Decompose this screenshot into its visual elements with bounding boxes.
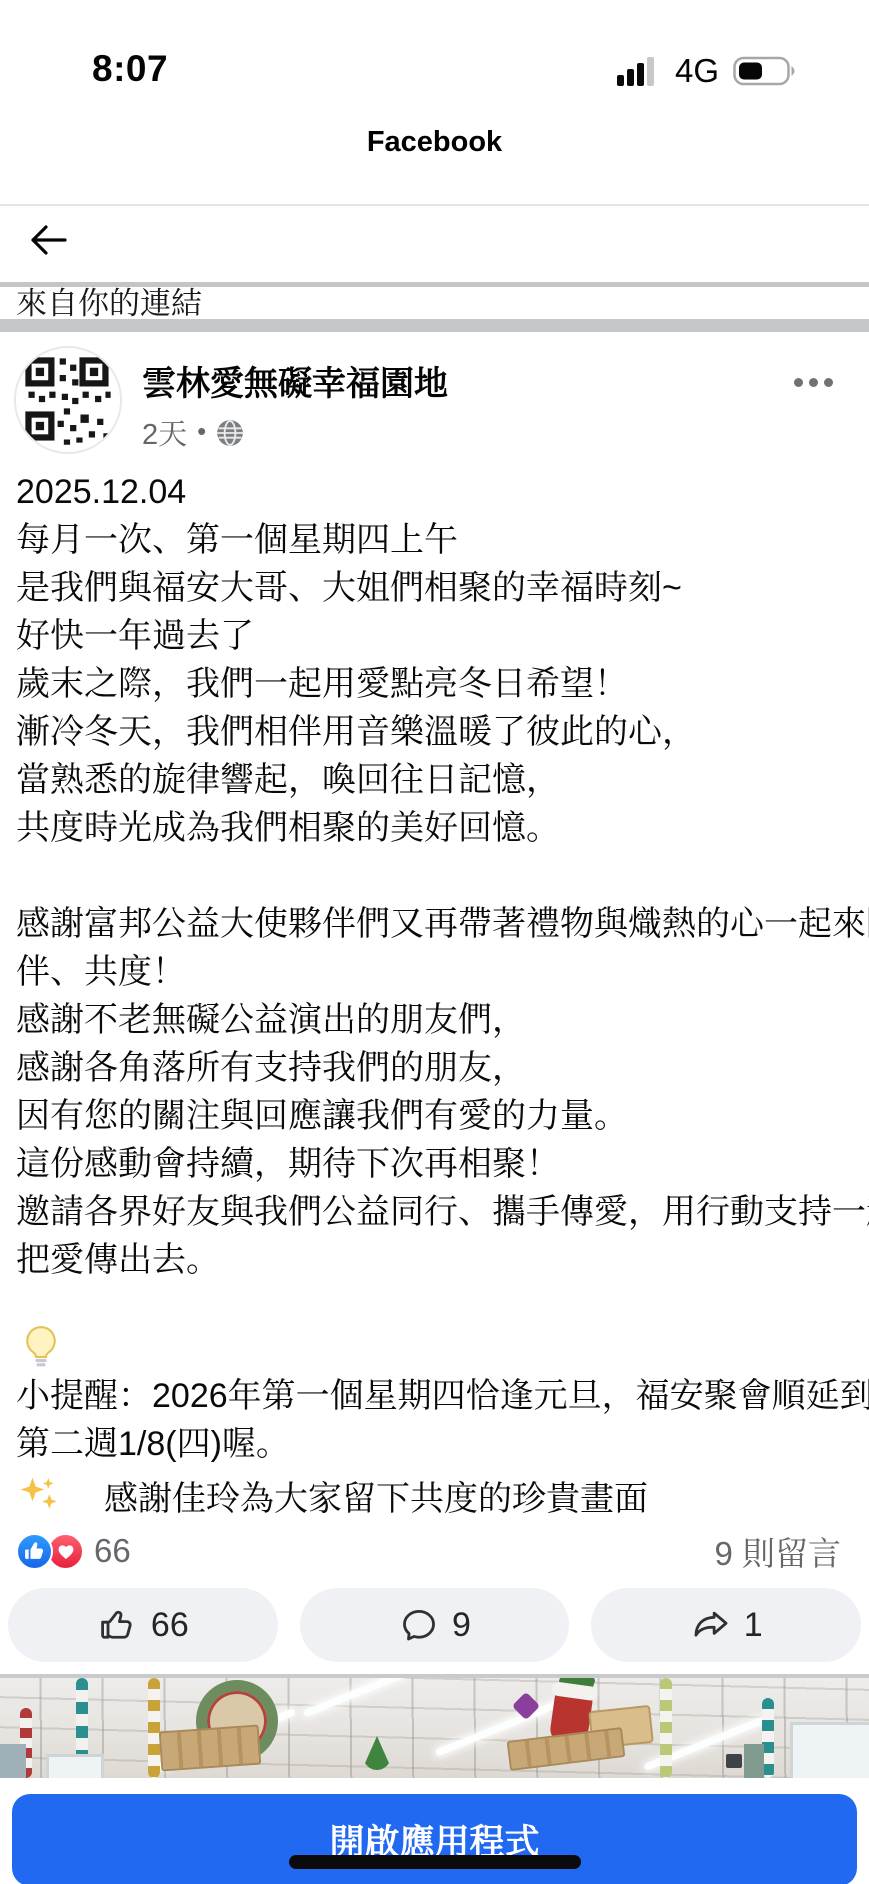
wooden-box [159,1725,262,1772]
action-row: 66 9 1 [0,1572,869,1662]
post-text-line: 把愛傳出去。 [16,1236,869,1284]
post-text-line: 漸冷冬天，我們相伴用音樂溫暖了彼此的心， [16,708,869,756]
globe-icon [216,419,244,447]
page-title: Facebook [0,126,869,160]
wall-speaker [726,1754,742,1768]
like-count-label: 66 [151,1606,189,1645]
post-time: 2天 [142,412,187,453]
credit-line: 感謝佳玲為大家留下共度的珍貴畫面 [0,1468,869,1518]
post-text-line: 是我們與福安大哥、大姐們相聚的幸福時刻~ [16,564,869,612]
post-text-line: 好快一年過去了 [16,612,869,660]
open-app-button[interactable]: 開啟應用程式 [12,1794,857,1884]
like-thumb-icon[interactable] [16,1533,53,1570]
link-banner-label: 來自你的連結 [16,287,869,319]
reaction-summary: 66 9 則留言 [0,1518,869,1572]
lightbulb-emoji-icon [0,1324,869,1372]
more-options-icon[interactable] [794,372,833,392]
sparkles-emoji-icon [16,1473,60,1517]
post-text-line: 邀請各界好友與我們公益同行、攜手傳愛，用行動支持一起 [16,1188,869,1236]
section-divider [0,319,869,332]
reminder-text-line: 小提醒：2026年第一個星期四恰逢元旦，福安聚會順延到 [16,1372,869,1420]
share-arrow-icon [690,1604,732,1646]
qr-code-graphic [16,348,120,452]
post-photo-ceiling-decorations[interactable] [0,1678,869,1778]
post-text-line: 這份感動會持續，期待下次再相聚！ [16,1140,869,1188]
post-text-line: 感謝富邦公益大使夥伴們又再帶著禮物與熾熱的心一起來陪 [16,900,869,948]
signal-bars-icon [617,55,661,87]
reminder-block: 小提醒：2026年第一個星期四恰逢元旦，福安聚會順延到 第二週1/8(四)喔。 [0,1372,869,1468]
meta-separator-dot: • [197,418,206,444]
network-type-label: 4G [675,52,719,90]
back-arrow-icon[interactable] [26,218,70,262]
post-text-line: 共度時光成為我們相聚的美好回憶。 [16,804,869,852]
post-text-line: 歲末之際，我們一起用愛點亮冬日希望！ [16,660,869,708]
share-button[interactable]: 1 [591,1588,861,1662]
page-name-link[interactable]: 雲林愛無礙幸福園地 [142,362,448,406]
curtain [744,1744,764,1778]
battery-icon [733,55,799,87]
home-indicator[interactable] [289,1855,581,1869]
thumb-up-outline-icon [97,1604,139,1646]
post-header: 雲林愛無礙幸福園地 2天 • [0,332,869,454]
clock: 8:07 [92,48,168,90]
ornament-string [148,1678,160,1778]
post-body: 2025.12.04 每月一次、第一個星期四上午 是我們與福安大哥、大姐們相聚的… [0,454,869,1324]
window [46,1754,104,1778]
reaction-count[interactable]: 66 [94,1532,131,1570]
curtain [0,1744,26,1778]
comment-bubble-icon [398,1604,440,1646]
post-header-info: 雲林愛無礙幸福園地 2天 • [142,362,448,454]
ornament-string [660,1678,672,1778]
status-icons: 4G [617,52,799,90]
post-text-line: 2025.12.04 [16,468,869,516]
post-text-line: 當熟悉的旋律響起，喚回往日記憶， [16,756,869,804]
status-bar: 8:07 4G [0,0,869,90]
like-button[interactable]: 66 [8,1588,278,1662]
reminder-text-line: 第二週1/8(四)喔。 [16,1420,869,1468]
comment-button[interactable]: 9 [300,1588,570,1662]
qr-code-avatar[interactable] [14,346,122,454]
credit-text: 感謝佳玲為大家留下共度的珍貴畫面 [104,1471,648,1520]
post-text-line [16,852,869,900]
link-banner[interactable]: 來自你的連結 [0,282,869,319]
post-text-line: 每月一次、第一個星期四上午 [16,516,869,564]
post-text-line: 因有您的關注與回應讓我們有愛的力量。 [16,1092,869,1140]
post-text-line: 感謝各角落所有支持我們的朋友， [16,1044,869,1092]
facebook-webview-screen: 8:07 4G Facebook 來自你的連結 [0,0,869,1884]
post-text-line: 感謝不老無礙公益演出的朋友們， [16,996,869,1044]
share-count-label: 1 [744,1606,763,1645]
post-meta: 2天 • [142,412,448,453]
comment-count-summary[interactable]: 9 則留言 [714,1528,841,1575]
window [790,1722,869,1778]
post-text-line [16,1284,869,1324]
post-text-line: 伴、共度！ [16,948,869,996]
comment-count-label: 9 [452,1606,471,1645]
